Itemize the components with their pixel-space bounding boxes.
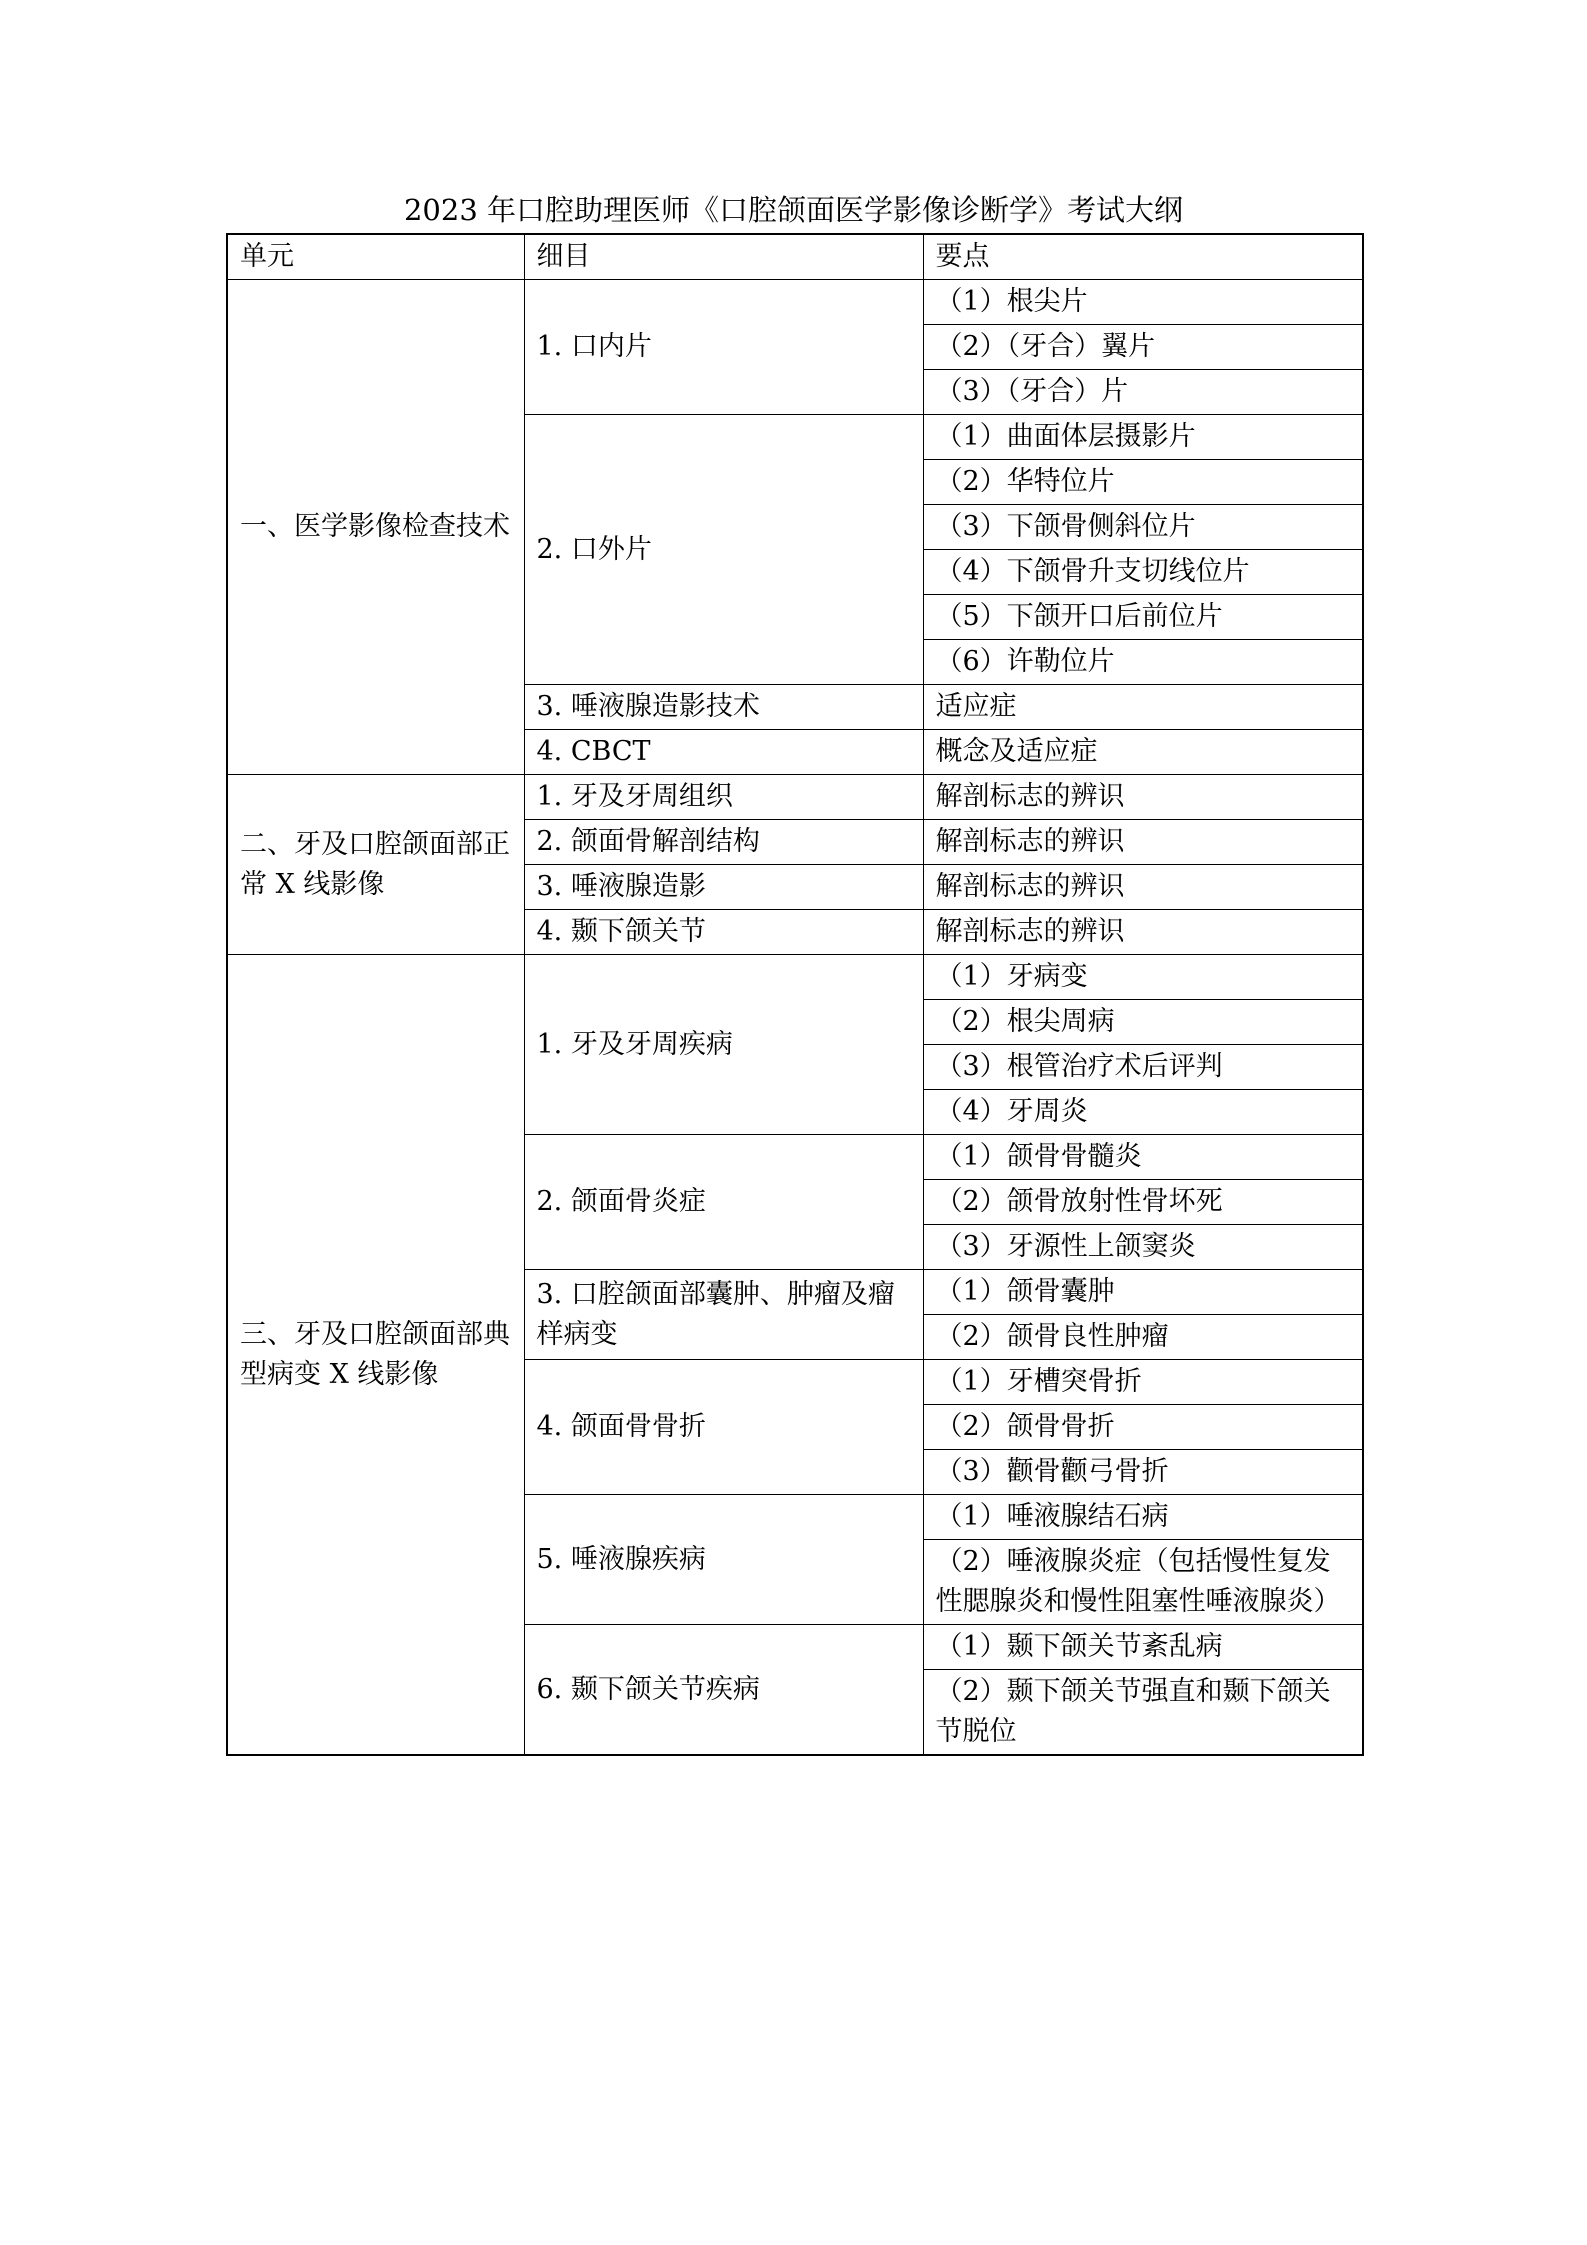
point-cell: （2）唾液腺炎症（包括慢性复发性腮腺炎和慢性阻塞性唾液腺炎） — [923, 1540, 1363, 1625]
point-cell: （5）下颌开口后前位片 — [923, 595, 1363, 640]
point-cell: （2）根尖周病 — [923, 1000, 1363, 1045]
point-cell: （3）牙源性上颌窦炎 — [923, 1225, 1363, 1270]
detail-cell: 2. 颌面骨炎症 — [524, 1135, 923, 1270]
detail-cell: 1. 牙及牙周组织 — [524, 775, 923, 820]
unit-cell: 一、医学影像检查技术 — [227, 280, 524, 775]
detail-cell: 3. 口腔颌面部囊肿、肿瘤及瘤样病变 — [524, 1270, 923, 1360]
point-cell: （1）颌骨骨髓炎 — [923, 1135, 1363, 1180]
table-row: 一、医学影像检查技术1. 口内片（1）根尖片 — [227, 280, 1363, 325]
point-cell: 解剖标志的辨识 — [923, 820, 1363, 865]
point-cell: 适应症 — [923, 685, 1363, 730]
point-cell: （1）牙槽突骨折 — [923, 1360, 1363, 1405]
detail-cell: 4. 颞下颌关节 — [524, 910, 923, 955]
column-header-detail: 细目 — [524, 234, 923, 280]
column-header-unit: 单元 — [227, 234, 524, 280]
point-cell: （2）（牙合）翼片 — [923, 325, 1363, 370]
unit-cell: 二、牙及口腔颌面部正常 X 线影像 — [227, 775, 524, 955]
point-cell: 解剖标志的辨识 — [923, 910, 1363, 955]
syllabus-table-body: 一、医学影像检查技术1. 口内片（1）根尖片（2）（牙合）翼片（3）（牙合）片2… — [227, 280, 1363, 1756]
detail-cell: 1. 口内片 — [524, 280, 923, 415]
point-cell: （3）（牙合）片 — [923, 370, 1363, 415]
table-row: 二、牙及口腔颌面部正常 X 线影像1. 牙及牙周组织解剖标志的辨识 — [227, 775, 1363, 820]
point-cell: （4）下颌骨升支切线位片 — [923, 550, 1363, 595]
point-cell: （2）颌骨放射性骨坏死 — [923, 1180, 1363, 1225]
detail-cell: 6. 颞下颌关节疾病 — [524, 1625, 923, 1756]
document-page: 2023 年口腔助理医师《口腔颌面医学影像诊断学》考试大纲 单元 细目 要点 一… — [0, 0, 1587, 2245]
detail-cell: 3. 唾液腺造影技术 — [524, 685, 923, 730]
syllabus-table: 单元 细目 要点 一、医学影像检查技术1. 口内片（1）根尖片（2）（牙合）翼片… — [226, 233, 1364, 1756]
point-cell: （1）颞下颌关节紊乱病 — [923, 1625, 1363, 1670]
column-header-point: 要点 — [923, 234, 1363, 280]
detail-cell: 2. 颌面骨解剖结构 — [524, 820, 923, 865]
point-cell: （1）颌骨囊肿 — [923, 1270, 1363, 1315]
detail-cell: 4. 颌面骨骨折 — [524, 1360, 923, 1495]
table-row: 三、牙及口腔颌面部典型病变 X 线影像1. 牙及牙周疾病（1）牙病变 — [227, 955, 1363, 1000]
point-cell: （6）许勒位片 — [923, 640, 1363, 685]
detail-cell: 5. 唾液腺疾病 — [524, 1495, 923, 1625]
detail-cell: 1. 牙及牙周疾病 — [524, 955, 923, 1135]
point-cell: （3）颧骨颧弓骨折 — [923, 1450, 1363, 1495]
detail-cell: 2. 口外片 — [524, 415, 923, 685]
point-cell: （1）曲面体层摄影片 — [923, 415, 1363, 460]
point-cell: （2）颌骨骨折 — [923, 1405, 1363, 1450]
point-cell: （2）颞下颌关节强直和颞下颌关节脱位 — [923, 1670, 1363, 1756]
detail-cell: 4. CBCT — [524, 730, 923, 775]
point-cell: （3）下颌骨侧斜位片 — [923, 505, 1363, 550]
point-cell: 概念及适应症 — [923, 730, 1363, 775]
point-cell: （2）华特位片 — [923, 460, 1363, 505]
page-title: 2023 年口腔助理医师《口腔颌面医学影像诊断学》考试大纲 — [0, 192, 1587, 228]
detail-cell: 3. 唾液腺造影 — [524, 865, 923, 910]
point-cell: （2）颌骨良性肿瘤 — [923, 1315, 1363, 1360]
point-cell: 解剖标志的辨识 — [923, 775, 1363, 820]
point-cell: （1）根尖片 — [923, 280, 1363, 325]
point-cell: （1）牙病变 — [923, 955, 1363, 1000]
point-cell: （1）唾液腺结石病 — [923, 1495, 1363, 1540]
unit-cell: 三、牙及口腔颌面部典型病变 X 线影像 — [227, 955, 524, 1756]
point-cell: （4）牙周炎 — [923, 1090, 1363, 1135]
point-cell: 解剖标志的辨识 — [923, 865, 1363, 910]
point-cell: （3）根管治疗术后评判 — [923, 1045, 1363, 1090]
table-header-row: 单元 细目 要点 — [227, 234, 1363, 280]
